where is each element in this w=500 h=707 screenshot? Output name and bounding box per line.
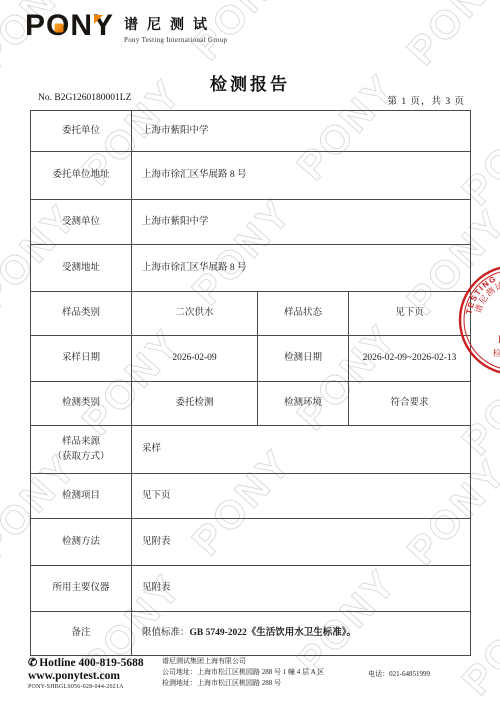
row-label: 检测项目 [31,474,132,519]
row-label: 委托单位地址 [31,152,132,200]
table-row: 检测类别 委托检测 检测环境 符合要求 [31,382,471,426]
company-address: 公司地址：上海市松江区桃园路 288 号 1 幢 4 层 A 区 [162,667,324,678]
row-value: 2026-02-09 [132,336,258,382]
phone-icon: ✆ [28,657,37,669]
logo-letter-p: P [25,11,46,41]
row-label: 受测单位 [31,200,132,245]
row-value: 上海市紫阳中学 [132,111,471,152]
logo-chinese-name: 谱尼测试 [124,14,227,34]
footer: ✆Hotline 400-819-5688 www.ponytest.com P… [28,656,484,690]
row-value: 委托检测 [132,382,258,426]
report-page: PONY PONY PONY PONY PONY PONY PONY PONY … [0,0,500,707]
row-value2: 2026-02-09~2026-02-13 [349,336,471,382]
row-value2: 见下页 [349,292,471,336]
row-value: 限值标准：GB 5749-2022《生活饮用水卫生标准》。 [132,612,471,656]
report-meta-row: No. B2G1260180001LZ 第 1 页，共 3 页 [38,93,465,107]
logo-letter-n: N [70,11,93,41]
row-value: 采样 [132,426,471,474]
row-label: 样品来源 （获取方式） [31,426,132,474]
table-row: 所用主要仪器 见附表 [31,566,471,612]
pony-watermark: PONY [399,0,500,74]
table-row: 样品类别 二次供水 样品状态 见下页 [31,292,471,336]
row-value: 上海市紫阳中学 [132,200,471,245]
row-label2: 检测环境 [258,382,349,426]
row-label2: 检测日期 [258,336,349,382]
report-info-table: 委托单位 上海市紫阳中学 委托单位地址 上海市徐汇区华展路 8 号 受测单位 上… [30,110,471,656]
row-value: 见附表 [132,519,471,566]
row-label: 样品类别 [31,292,132,336]
pony-logo: P O N Y [25,11,114,41]
table-row: 采样日期 2026-02-09 检测日期 2026-02-09~2026-02-… [31,336,471,382]
row-label: 检测方法 [31,519,132,566]
logo-orange-square [54,23,63,32]
row-value: 上海市徐汇区华展路 8 号 [132,152,471,200]
row-label: 受测地址 [31,245,132,292]
row-label: 备注 [31,612,132,656]
table-row: 受测单位 上海市紫阳中学 [31,200,471,245]
footer-contact-block: ✆Hotline 400-819-5688 www.ponytest.com P… [28,656,156,690]
logo-text-block: 谱尼测试 Pony Testing International Group [124,14,227,44]
footer-phone: 电话：021-64851999 [368,656,430,690]
table-row: 检测项目 见下页 [31,474,471,519]
logo-letter-o: O [46,11,70,41]
hotline-text: Hotline 400-819-5688 [39,657,143,669]
table-row: 受测地址 上海市徐汇区华展路 8 号 [31,245,471,292]
header: P O N Y 谱尼测试 Pony Testing International … [25,11,227,44]
test-address: 检测地址：上海市松江区桃园路 288 号 [162,678,324,689]
logo-letter-y: Y [93,11,114,41]
table-row: 委托单位地址 上海市徐汇区华展路 8 号 [31,152,471,200]
logo-orange-triangle-icon [94,15,103,24]
row-value: 见附表 [132,566,471,612]
company-name: 谱尼测试集团上海有限公司 [162,656,324,667]
website-text: www.ponytest.com [28,670,156,682]
row-value: 二次供水 [132,292,258,336]
row-label2: 样品状态 [258,292,349,336]
report-number: No. B2G1260180001LZ [38,93,131,107]
seal-bottom-text: 检测专用章 [493,348,500,358]
row-label: 检测类别 [31,382,132,426]
table-row: 检测方法 见附表 [31,519,471,566]
table-row: 委托单位 上海市紫阳中学 [31,111,471,152]
page-indicator: 第 1 页，共 3 页 [387,93,465,107]
row-value: 上海市徐汇区华展路 8 号 [132,245,471,292]
hotline-line: ✆Hotline 400-819-5688 [28,656,156,669]
row-value2: 符合要求 [349,382,471,426]
table-row: 样品来源 （获取方式） 采样 [31,426,471,474]
report-title: 检测报告 [0,70,500,95]
document-code: PONY-SHBGLS056-028-044-2021A [28,684,156,690]
row-label: 采样日期 [31,336,132,382]
footer-company-block: 谱尼测试集团上海有限公司 公司地址：上海市松江区桃园路 288 号 1 幢 4 … [162,656,324,690]
row-label: 所用主要仪器 [31,566,132,612]
row-value: 见下页 [132,474,471,519]
logo-english-name: Pony Testing International Group [124,36,227,44]
row-label: 委托单位 [31,111,132,152]
table-row: 备注 限值标准：GB 5749-2022《生活饮用水卫生标准》。 [31,612,471,656]
